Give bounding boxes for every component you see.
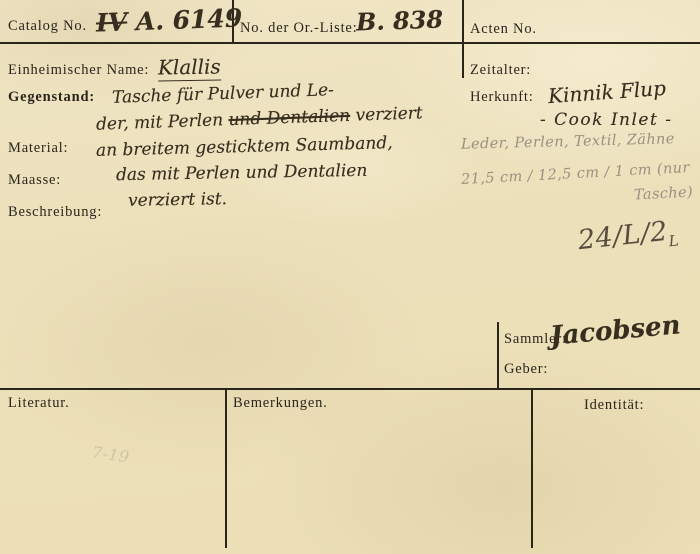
gegenstand-line2-struck: und Dentalien — [228, 106, 350, 130]
museum-catalog-card: Catalog No. IV A. 6149 No. der Or.-Liste… — [0, 0, 700, 554]
catalog-no-value: IV A. 6149 — [96, 3, 243, 37]
footer-divider-1 — [225, 390, 227, 548]
pencil-inventory-mark: 24/L/2L — [576, 215, 679, 260]
gegenstand-text-line3: an breitem gesticktem Saumband, — [96, 133, 393, 161]
geber-label: Geber: — [504, 361, 548, 378]
footer-divider-2 — [531, 390, 533, 548]
gegenstand-text-line2: der, mit Perlen und Dentalien verziert — [96, 103, 423, 134]
catalog-number: A. 6149 — [135, 3, 242, 36]
herkunft-value-line1: Kinnik Flup — [547, 76, 666, 108]
material-label: Material: — [8, 140, 68, 157]
herkunft-label: Herkunft: — [470, 89, 534, 106]
zeitalter-label: Zeitalter: — [470, 62, 531, 79]
gegenstand-text-line4: das mit Perlen und Dentalien — [116, 161, 368, 185]
gegenstand-text-line5: verziert ist. — [128, 189, 227, 211]
beschreibung-label: Beschreibung: — [8, 204, 102, 221]
header-divider-2 — [462, 0, 464, 42]
catalog-no-label: Catalog No. — [8, 18, 87, 35]
pencil-materials-note: Leder, Perlen, Textil, Zähne — [461, 131, 675, 153]
gegenstand-line2-post: verziert — [350, 103, 423, 126]
sammler-signature: Jacobsen — [549, 310, 682, 351]
inventory-mark-sub: L — [668, 231, 680, 250]
catalog-roman-numeral: IV — [96, 7, 128, 37]
header-rule — [0, 42, 700, 44]
bemerkungen-label: Bemerkungen. — [233, 395, 328, 412]
inventory-mark-main: 24/L/2 — [576, 216, 669, 256]
collector-box-divider — [497, 322, 499, 388]
identitaet-label: Identität: — [584, 397, 644, 414]
herkunft-value-line2: - Cook Inlet - — [540, 110, 672, 130]
literatur-label: Literatur. — [8, 395, 70, 412]
orliste-value: B. 838 — [356, 4, 444, 36]
einheimischer-name-value: Klallis — [158, 54, 221, 81]
pencil-dimensions-note-line1: 21,5 cm / 12,5 cm / 1 cm (nur — [461, 160, 690, 188]
pencil-dimensions-note-line2: Tasche) — [634, 184, 694, 203]
orliste-label: No. der Or.-Liste: — [240, 20, 358, 37]
gegenstand-line2-pre: der, mit Perlen — [96, 110, 229, 135]
gegenstand-text-line1: Tasche für Pulver und Le- — [112, 80, 334, 108]
gegenstand-label: Gegenstand: — [8, 89, 95, 106]
zeitalter-divider — [462, 44, 464, 78]
einheimischer-name-label: Einheimischer Name: — [8, 62, 149, 79]
footer-rule — [0, 388, 700, 390]
pencil-ghost-note: 7-19 — [91, 442, 131, 466]
acten-no-label: Acten No. — [470, 21, 537, 38]
maasse-label: Maasse: — [8, 172, 61, 189]
